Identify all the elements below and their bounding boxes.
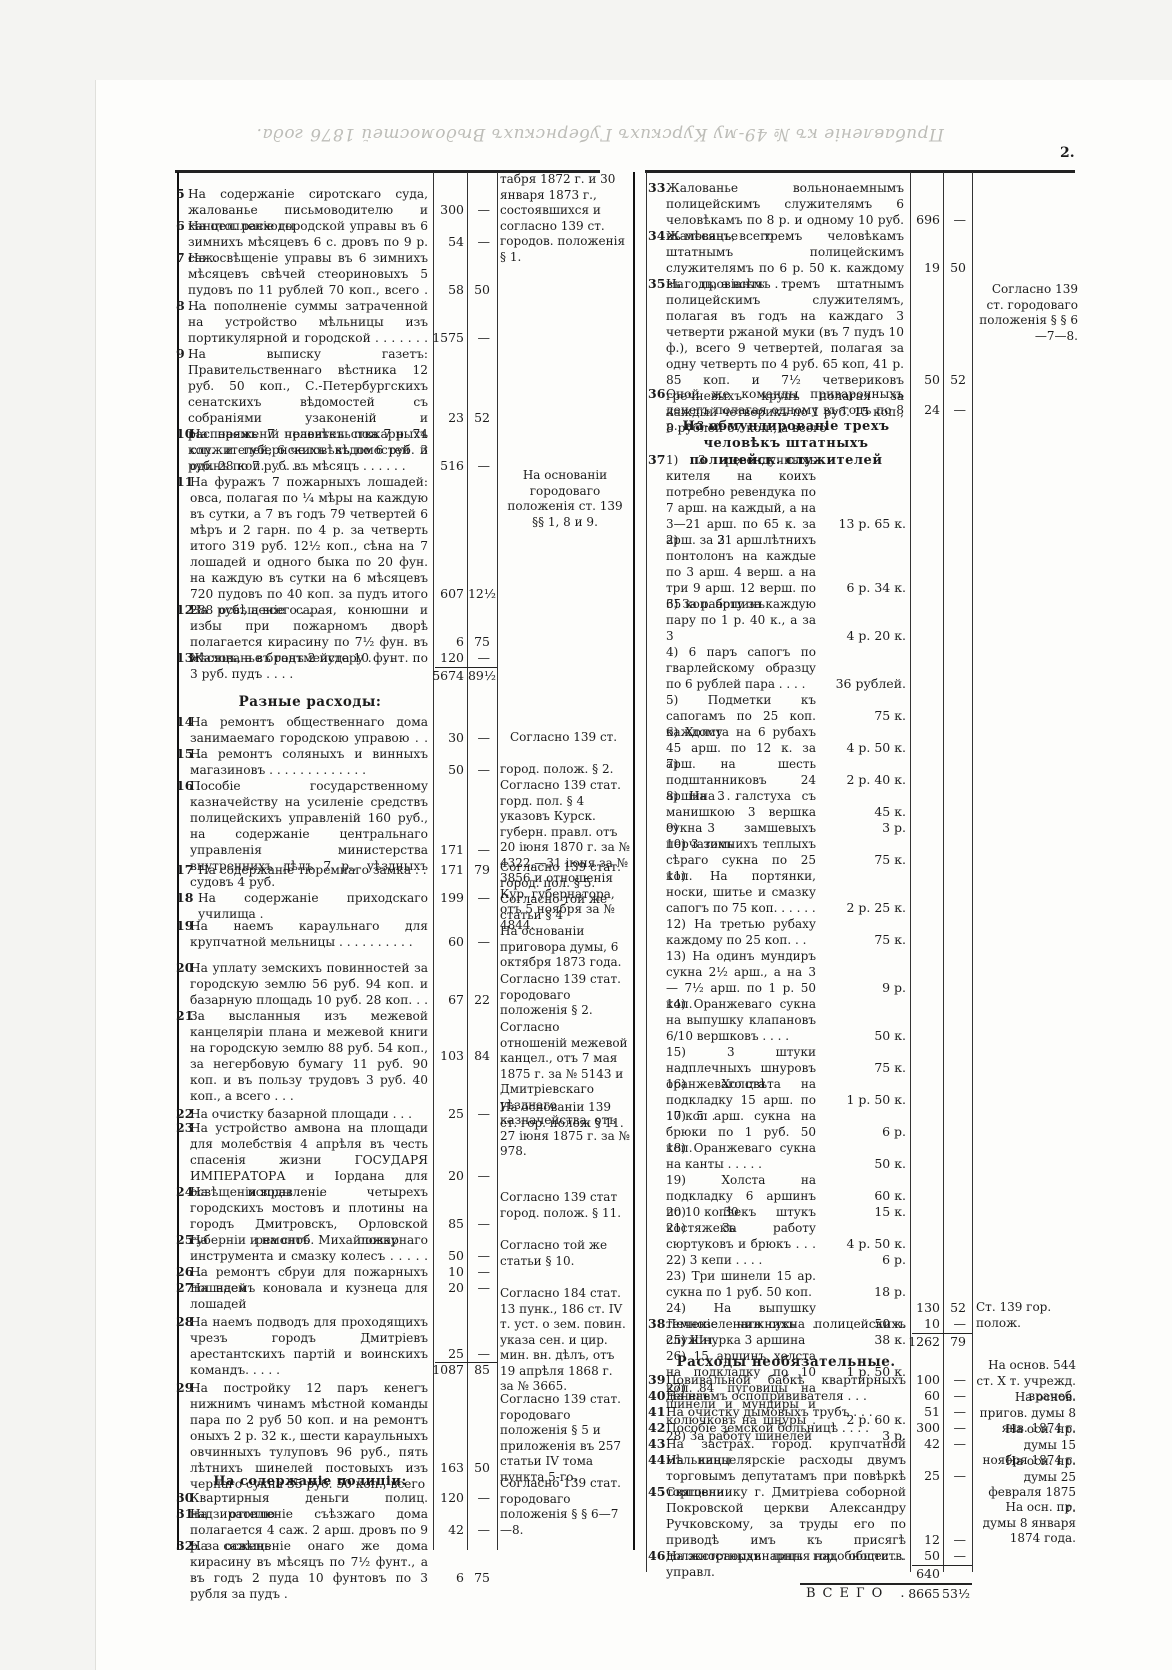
section-heading-optional-expenses: Расходы необязательные. xyxy=(666,1354,906,1370)
remark: Согласно 139 стат город. полож. § 11. xyxy=(500,1190,630,1221)
uniform-item-cost: 50 к. xyxy=(824,1028,906,1044)
uniform-item-cost: 18 р. xyxy=(824,1284,906,1300)
remark: Согласно 139 ст. xyxy=(510,730,630,746)
uniform-item-cost: 6 р. xyxy=(824,1124,906,1140)
row-number: 37 xyxy=(648,452,665,467)
right-table-top-rule xyxy=(645,170,1075,173)
remark: табря 1872 г. и 30 января 1873 г., состо… xyxy=(500,172,630,265)
uniform-item-cost: 36 рублей. xyxy=(824,676,906,692)
uniform-item: 3) За работу за каждую пару по 1 р. 40 к… xyxy=(666,596,906,644)
uniform-item-cost: 75 к. xyxy=(824,1060,906,1076)
remark: Согласно 184 стат. 13 пунк., 186 ст. IV … xyxy=(500,1286,630,1395)
uniform-item-text: 22) 3 кепи . . . . xyxy=(666,1252,816,1268)
uniform-item-cost: 4 р. 50 к. xyxy=(824,1236,906,1252)
section-heading-misc-expenses: Разные расходы: xyxy=(190,694,430,710)
uniform-item-text: 11) На портянки, носки, шитье и смазку с… xyxy=(666,868,816,916)
remark: На осн. пр. думы 8 января 1874 года. xyxy=(976,1500,1076,1547)
remark: Согласно той же статьи § 4 xyxy=(500,892,630,923)
remark: Согласно отношеній межевой канцел., отъ … xyxy=(500,1020,630,1160)
uniform-item-cost: 60 к. xyxy=(824,1188,906,1204)
uniform-item: 12) На третью рубаху каждому по 25 коп. … xyxy=(666,916,906,948)
uniform-item-cost: 4 р. 50 к. xyxy=(824,740,906,756)
uniform-item-cost: 6 р. 34 к. xyxy=(824,580,906,596)
remark: Согласно 139 стат. городоваго положенія … xyxy=(500,972,630,1019)
uniform-item-text: 12) На третью рубаху каждому по 25 коп. … xyxy=(666,916,816,948)
remark: город. полож. § 2. xyxy=(500,762,630,778)
uniform-item-cost: 2 р. 40 к. xyxy=(824,772,906,788)
remark: Согласно той же статьи § 10. xyxy=(500,1238,630,1269)
uniform-item-text: 14) Оранжеваго сукна на выпушку клапанов… xyxy=(666,996,816,1044)
left-remark-column-divider xyxy=(497,172,498,1550)
left-rub-column-divider xyxy=(433,172,434,1550)
remark: На основаніи городоваго положенія ст. 13… xyxy=(500,468,630,530)
uniform-item: 22) 3 кепи . . . .6 р. xyxy=(666,1252,906,1268)
uniform-item: 18) Оранжеваго сукна на канты . . . . .5… xyxy=(666,1140,906,1172)
uniform-item: 23) Три шинели 15 ар. сукна по 1 руб. 50… xyxy=(666,1268,906,1300)
uniform-item-cost: 3 р. xyxy=(824,820,906,836)
remark: Согласно 139 стат. городоваго положенія … xyxy=(500,1392,630,1485)
uniform-item-text: 18) Оранжеваго сукна на канты . . . . . xyxy=(666,1140,816,1172)
remark: Согласно 139 стат. городоваго положенія … xyxy=(500,1476,630,1538)
uniform-item-text: 23) Три шинели 15 ар. сукна по 1 руб. 50… xyxy=(666,1268,816,1300)
page-center-divider xyxy=(633,172,635,1550)
left-table-border xyxy=(177,172,179,1550)
grand-total-rule xyxy=(800,1583,972,1585)
uniform-item-cost: 75 к. xyxy=(824,852,906,868)
uniform-item-cost: 9 р. xyxy=(824,980,906,996)
remark: Ст. 139 гор. полож. xyxy=(976,1300,1076,1331)
uniform-item-text: 4) 6 паръ сапогъ по гварлейскому образцу… xyxy=(666,644,816,692)
uniform-item-cost: 4 р. 20 к. xyxy=(824,628,906,644)
remark: На основаніи приговора думы, 6 октября 1… xyxy=(500,924,630,971)
uniform-item-cost: 6 р. xyxy=(824,1252,906,1268)
right-table-border xyxy=(646,172,647,1572)
section-heading-police: На содержаніе полиціи: xyxy=(190,1474,430,1489)
page-number: 2. xyxy=(1060,145,1075,161)
remark: Согласно 139 ст. городоваго положенія § … xyxy=(978,282,1078,344)
uniform-item-cost: 13 р. 65 к. xyxy=(824,516,906,532)
uniform-item-cost: 50 к. xyxy=(824,1156,906,1172)
uniform-item: 14) Оранжеваго сукна на выпушку клапанов… xyxy=(666,996,906,1044)
uniform-item-cost: 2 р. 25 к. xyxy=(824,900,906,916)
uniform-item-cost: 75 к. xyxy=(824,932,906,948)
right-remark-column-divider xyxy=(972,172,973,1572)
uniform-item-cost: 1 р. 50 к. xyxy=(824,1092,906,1108)
left-kop-column-divider xyxy=(467,172,468,1550)
uniform-item: 4) 6 паръ сапогъ по гварлейскому образцу… xyxy=(666,644,906,692)
uniform-item-cost: 45 к. xyxy=(824,804,906,820)
uniform-item-text: 3) За работу за каждую пару по 1 р. 40 к… xyxy=(666,596,816,644)
remark: На основаніи 139 ст. гор. полож § 11. xyxy=(500,1100,630,1131)
mirrored-bleedthrough-title: Прибавленіе къ № 49-му Курскихъ Губернск… xyxy=(170,124,1030,144)
uniform-item-cost: 15 к. xyxy=(824,1204,906,1220)
uniform-item: 11) На портянки, носки, шитье и смазку с… xyxy=(666,868,906,916)
uniform-item-cost: 75 к. xyxy=(824,708,906,724)
remark: Согласно 139 стат. город. пол. § 5. xyxy=(500,860,630,891)
